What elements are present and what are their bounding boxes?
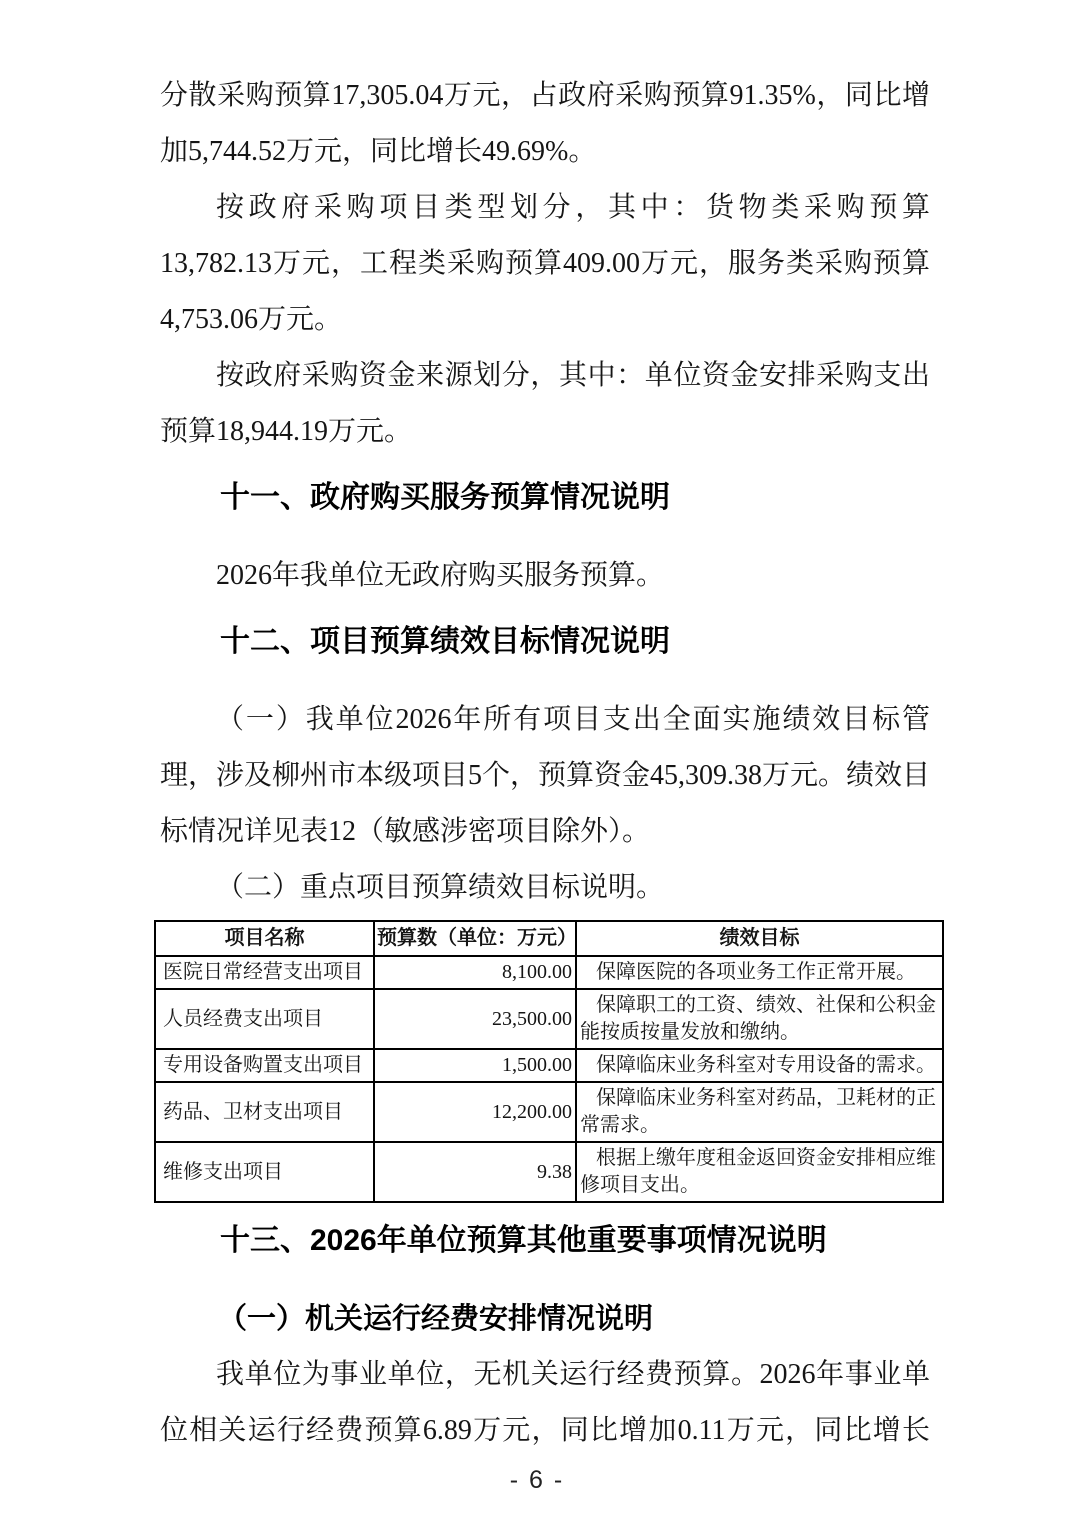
subheading-agency-operating-funds: （一）机关运行经费安排情况说明 xyxy=(160,1291,930,1347)
paragraph-performance-overview: （一）我单位2026年所有项目支出全面实施绩效目标管理，涉及柳州市本级项目5个，… xyxy=(160,692,930,860)
heading-section-13: 十三、2026年单位预算其他重要事项情况说明 xyxy=(160,1213,930,1269)
goal-cell: 保障临床业务科室对专用设备的需求。 xyxy=(576,1049,943,1082)
project-name-cell: 专用设备购置支出项目 xyxy=(155,1049,374,1082)
page-number: - 6 - xyxy=(510,1466,564,1494)
performance-target-table: 项目名称 预算数（单位：万元） 绩效目标 医院日常经营支出项目 8,100.00… xyxy=(154,920,944,1203)
column-header-project-name: 项目名称 xyxy=(155,921,374,956)
budget-cell: 8,100.00 xyxy=(374,956,576,989)
budget-cell: 23,500.00 xyxy=(374,989,576,1049)
goal-cell: 保障医院的各项业务工作正常开展。 xyxy=(576,956,943,989)
paragraph-procurement-by-type: 按政府采购项目类型划分，其中：货物类采购预算13,782.13万元，工程类采购预… xyxy=(160,180,930,348)
goal-cell: 根据上缴年度租金返回资金安排相应维修项目支出。 xyxy=(576,1142,943,1202)
paragraph-key-projects-intro: （二）重点项目预算绩效目标说明。 xyxy=(160,860,930,916)
table-header-row: 项目名称 预算数（单位：万元） 绩效目标 xyxy=(155,921,943,956)
paragraph-decentralized-procurement: 分散采购预算17,305.04万元，占政府采购预算91.35%，同比增加5,74… xyxy=(160,68,930,180)
project-name-cell: 维修支出项目 xyxy=(155,1142,374,1202)
table-row: 人员经费支出项目 23,500.00 保障职工的工资、绩效、社保和公积金能按质按… xyxy=(155,989,943,1049)
page-footer: - 6 - xyxy=(0,1466,1074,1495)
column-header-budget: 预算数（单位：万元） xyxy=(374,921,576,956)
paragraph-procurement-by-fund-source: 按政府采购资金来源划分，其中：单位资金安排采购支出预算18,944.19万元。 xyxy=(160,348,930,460)
goal-cell: 保障职工的工资、绩效、社保和公积金能按质按量发放和缴纳。 xyxy=(576,989,943,1049)
project-name-cell: 医院日常经营支出项目 xyxy=(155,956,374,989)
paragraph-operating-funds: 我单位为事业单位，无机关运行经费预算。2026年事业单位相关运行经费预算6.89… xyxy=(160,1347,930,1459)
table-row: 专用设备购置支出项目 1,500.00 保障临床业务科室对专用设备的需求。 xyxy=(155,1049,943,1082)
column-header-performance-goal: 绩效目标 xyxy=(576,921,943,956)
document-content: 分散采购预算17,305.04万元，占政府采购预算91.35%，同比增加5,74… xyxy=(160,68,930,1459)
table-row: 医院日常经营支出项目 8,100.00 保障医院的各项业务工作正常开展。 xyxy=(155,956,943,989)
table-row: 维修支出项目 9.38 根据上缴年度租金返回资金安排相应维修项目支出。 xyxy=(155,1142,943,1202)
paragraph-no-purchase-service: 2026年我单位无政府购买服务预算。 xyxy=(160,548,930,604)
project-name-cell: 人员经费支出项目 xyxy=(155,989,374,1049)
budget-cell: 9.38 xyxy=(374,1142,576,1202)
table-row: 药品、卫材支出项目 12,200.00 保障临床业务科室对药品，卫耗材的正常需求… xyxy=(155,1082,943,1142)
budget-cell: 12,200.00 xyxy=(374,1082,576,1142)
document-page: 分散采购预算17,305.04万元，占政府采购预算91.35%，同比增加5,74… xyxy=(0,0,1074,1520)
project-name-cell: 药品、卫材支出项目 xyxy=(155,1082,374,1142)
goal-cell: 保障临床业务科室对药品，卫耗材的正常需求。 xyxy=(576,1082,943,1142)
heading-section-12: 十二、项目预算绩效目标情况说明 xyxy=(160,614,930,670)
heading-section-11: 十一、政府购买服务预算情况说明 xyxy=(160,470,930,526)
budget-cell: 1,500.00 xyxy=(374,1049,576,1082)
